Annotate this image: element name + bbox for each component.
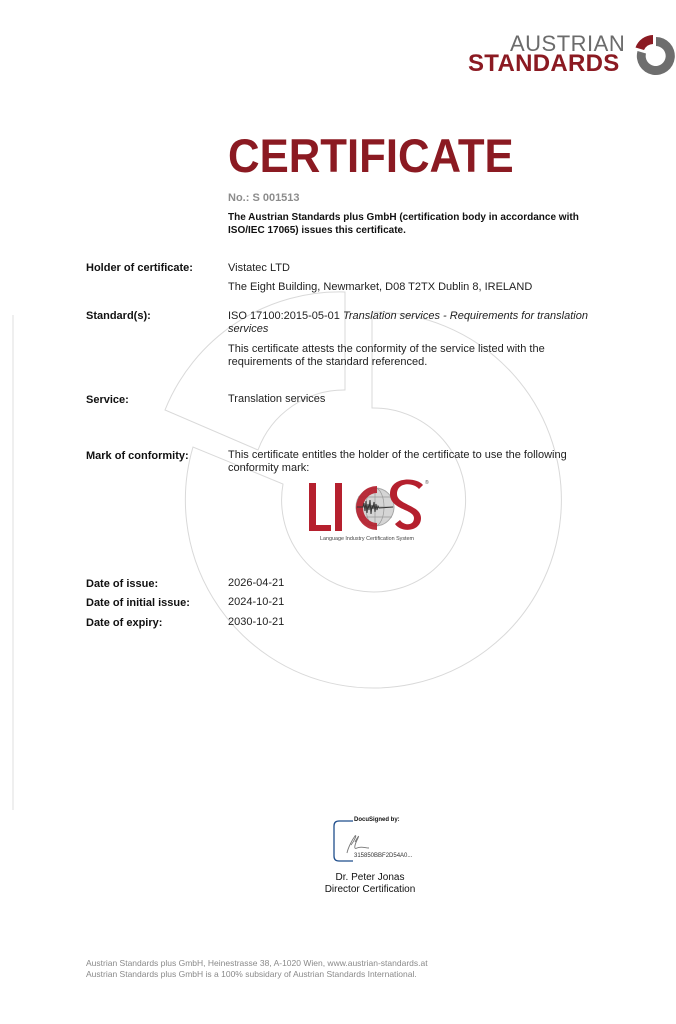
- signer-name: Dr. Peter Jonas: [300, 872, 440, 884]
- holder-name: Vistatec LTD: [228, 262, 598, 275]
- mark-label: Mark of conformity:: [86, 450, 189, 462]
- standard-label: Standard(s):: [86, 310, 151, 322]
- mark-value: This certificate entitles the holder of …: [228, 449, 598, 475]
- docusign-envelope-id: 315850BBF2D54A0...: [354, 853, 412, 859]
- footer-subsidiary-note: Austrian Standards plus GmbH is a 100% s…: [86, 969, 417, 980]
- austrian-standards-logo: AUSTRIAN STANDARDS: [468, 33, 676, 81]
- footer-address: Austrian Standards plus GmbH, Heinestras…: [86, 958, 428, 969]
- signature-scribble: [347, 836, 369, 853]
- lics-logo-graphic: ® Language Industry Certification System: [305, 478, 430, 542]
- docusign-header: DocuSigned by:: [354, 817, 400, 823]
- signer-role: Director Certification: [300, 884, 440, 896]
- standard-value: ISO 17100:2015-05-01 Translation service…: [228, 310, 598, 336]
- date-initial-issue-value: 2024-10-21: [228, 596, 598, 609]
- lics-subtitle: Language Industry Certification System: [320, 536, 415, 542]
- certificate-number: No.: S 001513: [228, 192, 300, 204]
- registered-mark: ®: [425, 479, 429, 486]
- holder-label: Holder of certificate:: [86, 262, 193, 274]
- austrian-standards-ring-icon: [632, 34, 676, 78]
- holder-address: The Eight Building, Newmarket, D08 T2TX …: [228, 281, 598, 294]
- standard-note: This certificate attests the conformity …: [228, 343, 598, 369]
- date-initial-issue-label: Date of initial issue:: [86, 597, 190, 609]
- logo-text-standards: STANDARDS: [468, 51, 620, 77]
- date-of-issue-label: Date of issue:: [86, 578, 158, 590]
- service-label: Service:: [86, 394, 129, 406]
- intro-statement: The Austrian Standards plus GmbH (certif…: [228, 211, 598, 237]
- standard-code: ISO 17100:2015-05-01: [228, 310, 340, 322]
- date-of-issue-value: 2026-04-21: [228, 577, 598, 590]
- service-value: Translation services: [228, 393, 598, 406]
- date-of-expiry-label: Date of expiry:: [86, 617, 162, 629]
- date-of-expiry-value: 2030-10-21: [228, 616, 598, 629]
- page-title: CERTIFICATE: [228, 128, 514, 184]
- lics-logo: ® Language Industry Certification System: [305, 478, 430, 542]
